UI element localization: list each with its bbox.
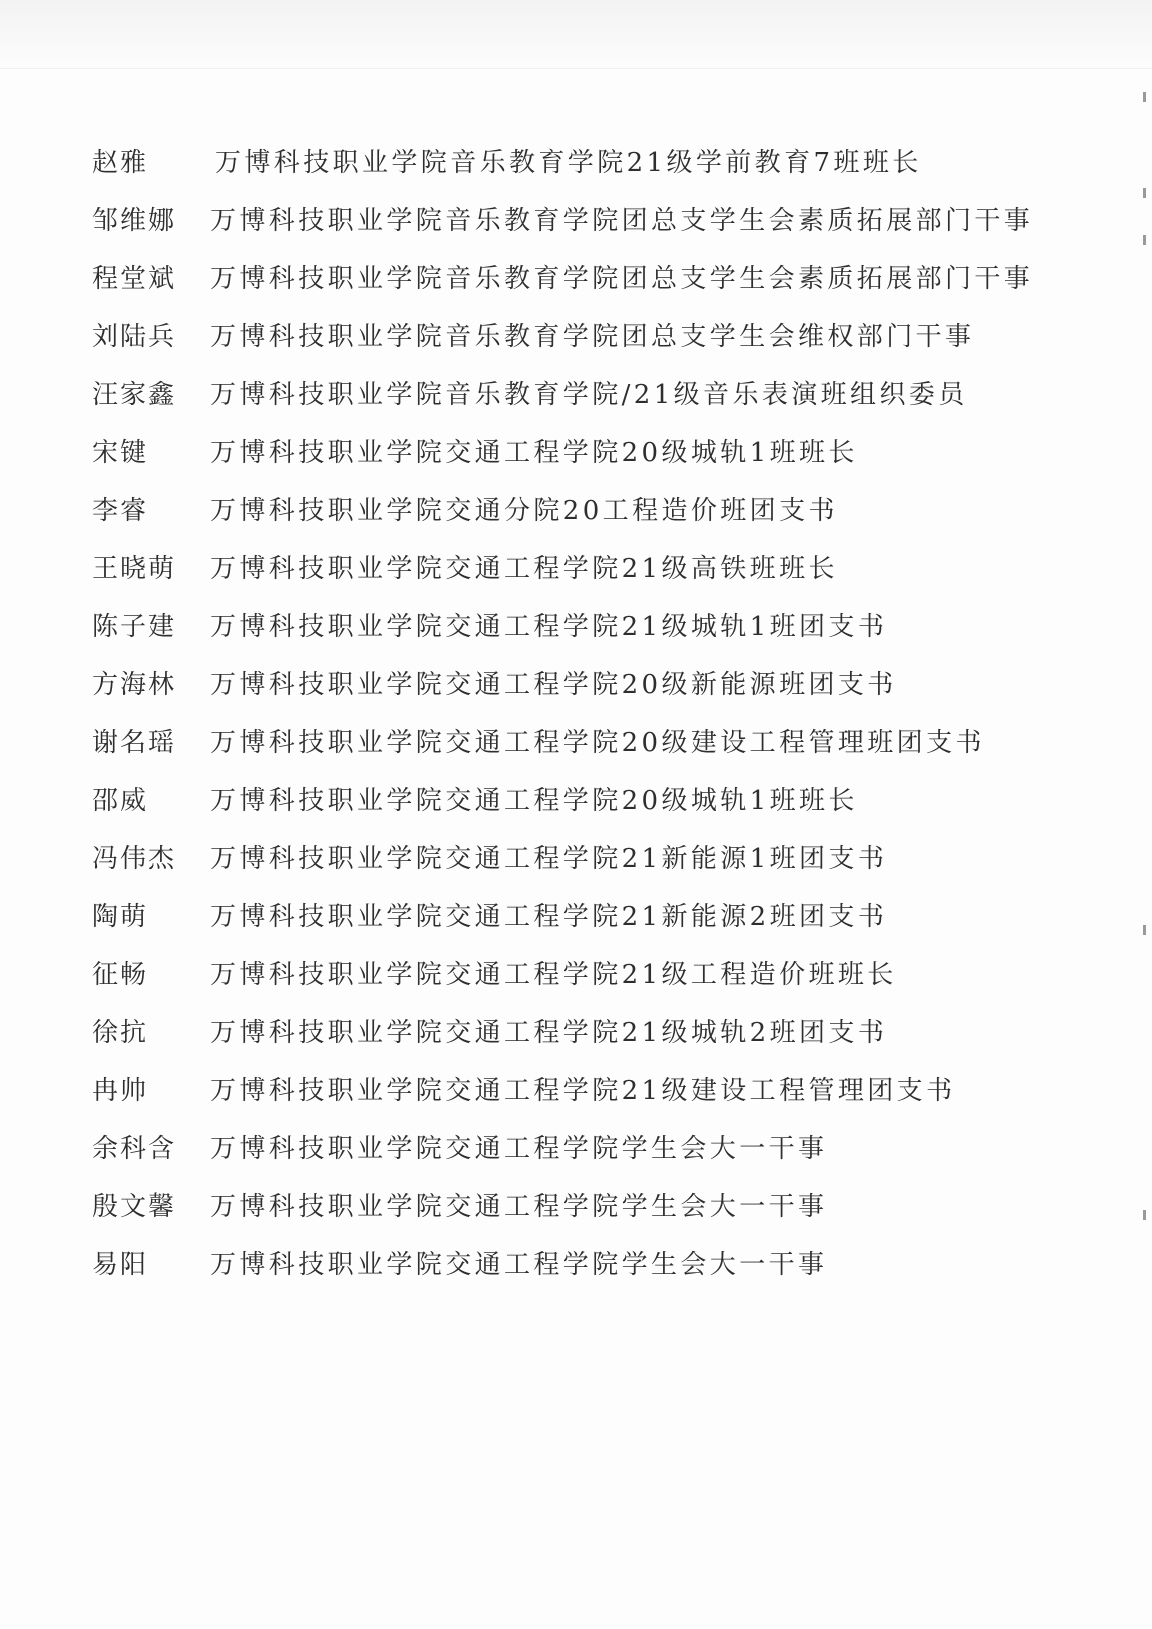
list-item: 宋键 万博科技职业学院交通工程学院20级城轨1班班长 (92, 424, 1052, 482)
list-item: 冉帅 万博科技职业学院交通工程学院21级建设工程管理团支书 (92, 1062, 1052, 1120)
list-item: 易阳 万博科技职业学院交通工程学院学生会大一干事 (92, 1236, 1052, 1294)
person-name: 谢名瑶 (92, 714, 210, 772)
person-name: 易阳 (92, 1236, 210, 1294)
list-item: 王晓萌 万博科技职业学院交通工程学院21级高铁班班长 (92, 540, 1052, 598)
list-item: 程堂斌 万博科技职业学院音乐教育学院团总支学生会素质拓展部门干事 (92, 250, 1052, 308)
list-item: 刘陆兵 万博科技职业学院音乐教育学院团总支学生会维权部门干事 (92, 308, 1052, 366)
list-item: 徐抗 万博科技职业学院交通工程学院21级城轨2班团支书 (92, 1004, 1052, 1062)
person-affiliation: 万博科技职业学院交通工程学院21级建设工程管理团支书 (210, 1062, 1050, 1120)
person-name: 冯伟杰 (92, 830, 210, 888)
person-name: 李睿 (92, 482, 210, 540)
list-item: 征畅 万博科技职业学院交通工程学院21级工程造价班班长 (92, 946, 1052, 1004)
person-name: 冉帅 (92, 1062, 210, 1120)
list-item: 谢名瑶 万博科技职业学院交通工程学院20级建设工程管理班团支书 (92, 714, 1052, 772)
person-name: 邵威 (92, 772, 210, 830)
person-name: 汪家鑫 (92, 366, 210, 424)
person-affiliation: 万博科技职业学院交通工程学院21级工程造价班班长 (210, 946, 1050, 1004)
person-affiliation: 万博科技职业学院交通工程学院21级城轨2班团支书 (210, 1004, 1050, 1062)
person-affiliation: 万博科技职业学院交通工程学院21级城轨1班团支书 (210, 598, 1050, 656)
person-affiliation: 万博科技职业学院交通工程学院21级高铁班班长 (210, 540, 1050, 598)
person-affiliation: 万博科技职业学院音乐教育学院团总支学生会维权部门干事 (210, 308, 1050, 366)
person-affiliation: 万博科技职业学院交通工程学院21新能源1班团支书 (210, 830, 1050, 888)
list-item: 陈子建 万博科技职业学院交通工程学院21级城轨1班团支书 (92, 598, 1052, 656)
person-name: 徐抗 (92, 1004, 210, 1062)
person-name: 陶萌 (92, 888, 210, 946)
person-name: 方海林 (92, 656, 210, 714)
list-item: 陶萌 万博科技职业学院交通工程学院21新能源2班团支书 (92, 888, 1052, 946)
person-affiliation: 万博科技职业学院交通工程学院学生会大一干事 (210, 1120, 1050, 1178)
scan-edge-mark (1143, 1210, 1146, 1220)
person-name: 赵雅 (92, 134, 210, 192)
list-item: 汪家鑫 万博科技职业学院音乐教育学院/21级音乐表演班组织委员 (92, 366, 1052, 424)
person-name: 陈子建 (92, 598, 210, 656)
person-affiliation: 万博科技职业学院交通分院20工程造价班团支书 (210, 482, 1050, 540)
list-item: 殷文馨 万博科技职业学院交通工程学院学生会大一干事 (92, 1178, 1052, 1236)
list-item: 邵威 万博科技职业学院交通工程学院20级城轨1班班长 (92, 772, 1052, 830)
list-item: 李睿 万博科技职业学院交通分院20工程造价班团支书 (92, 482, 1052, 540)
list-item: 冯伟杰 万博科技职业学院交通工程学院21新能源1班团支书 (92, 830, 1052, 888)
person-name: 宋键 (92, 424, 210, 482)
scan-edge-mark (1143, 925, 1146, 935)
person-affiliation: 万博科技职业学院交通工程学院20级城轨1班班长 (210, 772, 1050, 830)
scan-edge-mark (1143, 235, 1146, 245)
name-list: 赵雅 万博科技职业学院音乐教育学院21级学前教育7班班长 邹维娜 万博科技职业学… (92, 134, 1052, 1294)
person-affiliation: 万博科技职业学院音乐教育学院团总支学生会素质拓展部门干事 (210, 192, 1050, 250)
person-affiliation: 万博科技职业学院交通工程学院21新能源2班团支书 (210, 888, 1050, 946)
list-item: 方海林 万博科技职业学院交通工程学院20级新能源班团支书 (92, 656, 1052, 714)
person-affiliation: 万博科技职业学院交通工程学院学生会大一干事 (210, 1236, 1050, 1294)
person-affiliation: 万博科技职业学院音乐教育学院团总支学生会素质拓展部门干事 (210, 250, 1050, 308)
list-item: 邹维娜 万博科技职业学院音乐教育学院团总支学生会素质拓展部门干事 (92, 192, 1052, 250)
scan-edge-mark (1143, 188, 1146, 198)
list-item: 赵雅 万博科技职业学院音乐教育学院21级学前教育7班班长 (92, 134, 1052, 192)
person-affiliation: 万博科技职业学院交通工程学院20级建设工程管理班团支书 (210, 714, 1050, 772)
person-name: 殷文馨 (92, 1178, 210, 1236)
person-name: 余科含 (92, 1120, 210, 1178)
person-name: 王晓萌 (92, 540, 210, 598)
scan-edge-mark (1143, 92, 1146, 102)
person-affiliation: 万博科技职业学院交通工程学院20级新能源班团支书 (210, 656, 1050, 714)
person-affiliation: 万博科技职业学院音乐教育学院21级学前教育7班班长 (210, 134, 1052, 192)
person-name: 邹维娜 (92, 192, 210, 250)
page-top-margin (0, 0, 1152, 69)
person-affiliation: 万博科技职业学院交通工程学院20级城轨1班班长 (210, 424, 1050, 482)
list-item: 余科含 万博科技职业学院交通工程学院学生会大一干事 (92, 1120, 1052, 1178)
person-affiliation: 万博科技职业学院音乐教育学院/21级音乐表演班组织委员 (210, 366, 1050, 424)
person-affiliation: 万博科技职业学院交通工程学院学生会大一干事 (210, 1178, 1050, 1236)
document-page: 赵雅 万博科技职业学院音乐教育学院21级学前教育7班班长 邹维娜 万博科技职业学… (0, 0, 1152, 1629)
person-name: 征畅 (92, 946, 210, 1004)
person-name: 刘陆兵 (92, 308, 210, 366)
person-name: 程堂斌 (92, 250, 210, 308)
